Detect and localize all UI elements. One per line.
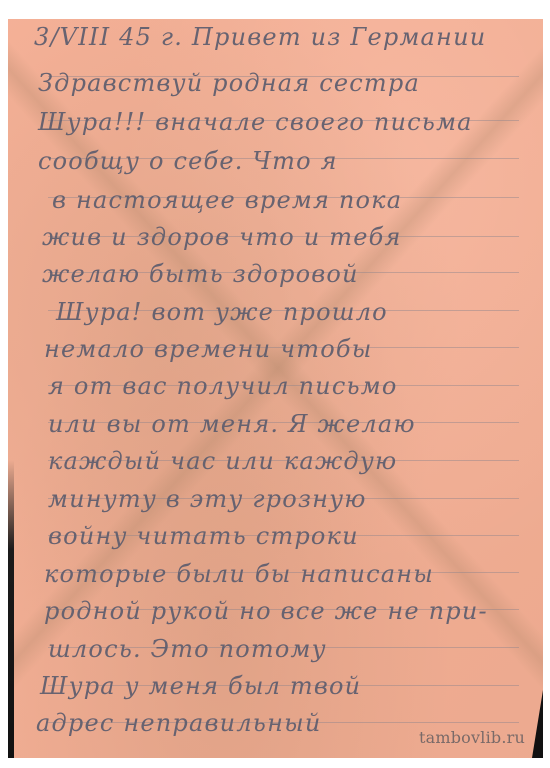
- text-line: сообщу о себе. Что я: [38, 147, 338, 175]
- text-line: которые были бы написаны: [44, 560, 434, 588]
- text-line: Здравствуй родная сестра: [38, 69, 420, 97]
- text-line: желаю быть здоровой: [42, 260, 359, 288]
- text-line: жив и здоров что и тебя: [42, 223, 402, 251]
- scan-shadow-edge: [8, 460, 14, 758]
- text-line: адрес неправильный: [36, 709, 321, 737]
- letter-scan: 3/VIII 45 г. Привет из Германии Здравств…: [8, 19, 543, 758]
- text-line: в настоящее время пока: [52, 186, 402, 214]
- text-line: шлось. Это потому: [48, 635, 327, 663]
- text-line: Шура у меня был твой: [40, 672, 361, 700]
- text-line: Шура!!! вначале своего письма: [38, 108, 473, 136]
- text-line: или вы от меня. Я желаю: [48, 410, 416, 438]
- text-line: родной рукой но все же не при-: [44, 597, 488, 625]
- text-line: немало времени чтобы: [44, 335, 372, 363]
- text-line: 3/VIII 45 г. Привет из Германии: [34, 23, 486, 51]
- text-line: Шура! вот уже прошло: [56, 298, 388, 326]
- text-line: войну читать строки: [48, 522, 359, 550]
- text-line: минуту в эту грозную: [48, 485, 367, 513]
- watermark: tambovlib.ru: [419, 728, 525, 747]
- text-line: каждый час или каждую: [48, 447, 397, 475]
- text-line: я от вас получил письмо: [48, 372, 397, 400]
